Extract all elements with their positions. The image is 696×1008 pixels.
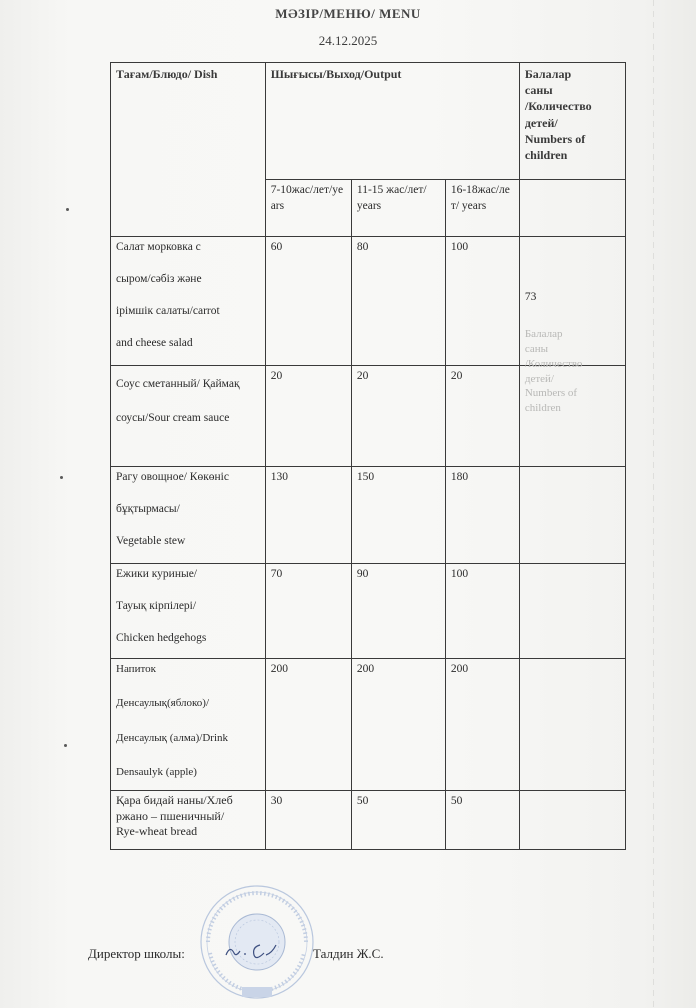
children-count-cell: 73 Балалар саны /Количество детей/ Numbe… <box>519 237 625 366</box>
output-11-15: 150 <box>351 467 445 564</box>
menu-table: Тағам/Блюдо/ Dish Шығысы/Выход/Output Ба… <box>110 62 626 850</box>
output-16-18: 180 <box>445 467 519 564</box>
table-row: Напиток Денсаулық(яблоко)/ Денсаулық (ал… <box>111 659 626 791</box>
table-row: Рагу овощное/ Көкөніс бұқтырмасы/ Vegeta… <box>111 467 626 564</box>
dish-name: Ежики куриные/ Тауық кірпілері/ Chicken … <box>111 564 266 659</box>
dish-line: Денсаулық(яблоко)/ <box>116 696 260 711</box>
header-children-line: children <box>525 148 567 162</box>
dish-line: Соус сметанный/ Қаймақ <box>116 377 260 393</box>
dish-line: Денсаулық (алма)/Drink <box>116 731 260 746</box>
age-group-empty <box>519 180 625 237</box>
scanned-page: МӘЗІР/МЕНЮ/ MENU 24.12.2025 Тағам/Блюдо/… <box>0 0 696 1008</box>
dish-name: Соус сметанный/ Қаймақ соусы/Sour cream … <box>111 366 266 467</box>
table-row: Қара бидай наны/Хлеб ржано – пшеничный/ … <box>111 791 626 850</box>
dish-line: Chicken hedgehogs <box>116 631 260 647</box>
dish-name: Рагу овощное/ Көкөніс бұқтырмасы/ Vegeta… <box>111 467 266 564</box>
output-7-10: 30 <box>265 791 351 850</box>
scan-speck <box>64 744 67 747</box>
age-group-7-10: 7-10жас/лет/years <box>265 180 351 237</box>
output-7-10: 200 <box>265 659 351 791</box>
dish-line: Салат морковка с <box>116 240 260 256</box>
bleed-through-text: Балалар саны /Количество детей/ Numbers … <box>525 327 583 416</box>
children-count-value: 73 <box>525 290 537 306</box>
children-count-empty <box>519 791 625 850</box>
dish-line: сыром/сәбіз және <box>116 272 260 288</box>
bleed-line: children <box>525 402 561 414</box>
output-7-10: 60 <box>265 237 351 366</box>
table-row: Ежики куриные/ Тауық кірпілері/ Chicken … <box>111 564 626 659</box>
scan-speck <box>60 476 63 479</box>
dish-line: Қара бидай наны/Хлеб <box>116 793 233 807</box>
dish-line: and cheese salad <box>116 336 260 352</box>
document-date: 24.12.2025 <box>0 33 696 49</box>
dish-line: ржано – пшеничный/ <box>116 809 224 823</box>
dish-line: соусы/Sour cream sauce <box>116 411 260 427</box>
dish-name: Қара бидай наны/Хлеб ржано – пшеничный/ … <box>111 791 266 850</box>
bleed-line: саны <box>525 343 548 355</box>
header-children-line: саны <box>525 83 553 97</box>
children-count-empty <box>519 467 625 564</box>
director-name: Талдин Ж.С. <box>313 946 384 962</box>
output-16-18: 20 <box>445 366 519 467</box>
output-16-18: 50 <box>445 791 519 850</box>
header-children-count: Балалар саны /Количество детей/ Numbers … <box>519 63 625 180</box>
age-group-11-15: 11-15 жас/лет/ years <box>351 180 445 237</box>
bleed-line: /Количество <box>525 358 583 370</box>
dish-line: Тауық кірпілері/ <box>116 599 260 615</box>
fold-line <box>653 0 654 1008</box>
output-11-15: 80 <box>351 237 445 366</box>
output-16-18: 100 <box>445 237 519 366</box>
output-7-10: 130 <box>265 467 351 564</box>
dish-line: Vegetable stew <box>116 534 260 550</box>
signature-icon <box>222 935 282 965</box>
header-dish: Тағам/Блюдо/ Dish <box>111 63 266 237</box>
document-title: МӘЗІР/МЕНЮ/ MENU <box>0 6 696 22</box>
children-count-empty <box>519 659 625 791</box>
dish-name: Напиток Денсаулық(яблоко)/ Денсаулық (ал… <box>111 659 266 791</box>
age-group-16-18: 16-18жас/лет/ years <box>445 180 519 237</box>
header-output: Шығысы/Выход/Output <box>265 63 519 180</box>
output-11-15: 200 <box>351 659 445 791</box>
output-16-18: 100 <box>445 564 519 659</box>
bleed-line: Балалар <box>525 328 563 340</box>
dish-line: Рагу овощное/ Көкөніс <box>116 470 260 486</box>
dish-line: ірімшік салаты/carrot <box>116 304 260 320</box>
output-11-15: 90 <box>351 564 445 659</box>
director-label: Директор школы: <box>88 946 185 962</box>
header-children-line: /Количество <box>525 99 592 113</box>
dish-line: бұқтырмасы/ <box>116 502 260 518</box>
bleed-line: детей/ <box>525 373 554 385</box>
bleed-line: Numbers of <box>525 387 577 399</box>
header-row: Тағам/Блюдо/ Dish Шығысы/Выход/Output Ба… <box>111 63 626 180</box>
dish-name: Салат морковка с сыром/сәбіз және ірімші… <box>111 237 266 366</box>
dish-line: Rye-wheat bread <box>116 824 197 838</box>
dish-line: Ежики куриные/ <box>116 567 260 583</box>
dish-line: Densaulyk (apple) <box>116 765 260 780</box>
dish-line: Напиток <box>116 662 260 677</box>
children-count-empty <box>519 564 625 659</box>
header-children-line: Балалар <box>525 67 571 81</box>
output-11-15: 50 <box>351 791 445 850</box>
scan-speck <box>66 208 69 211</box>
table-row: Салат морковка с сыром/сәбіз және ірімші… <box>111 237 626 366</box>
output-11-15: 20 <box>351 366 445 467</box>
output-7-10: 20 <box>265 366 351 467</box>
output-7-10: 70 <box>265 564 351 659</box>
output-16-18: 200 <box>445 659 519 791</box>
header-children-line: Numbers of <box>525 132 585 146</box>
header-children-line: детей/ <box>525 116 558 130</box>
